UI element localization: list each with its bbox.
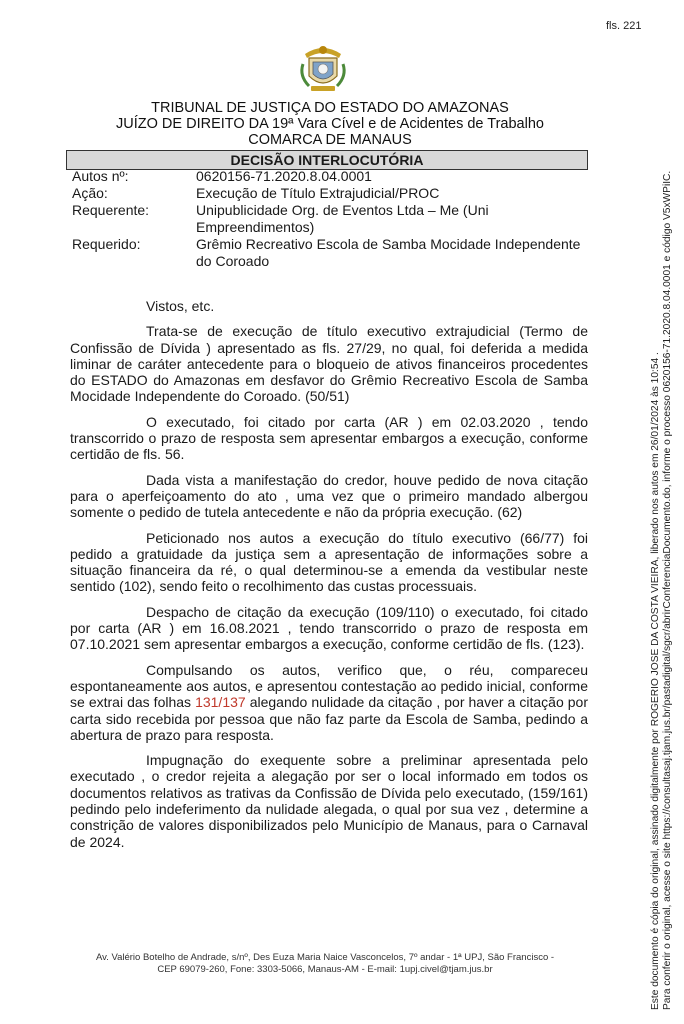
court-name: TRIBUNAL DE JUSTIÇA DO ESTADO DO AMAZONA… (60, 100, 600, 116)
page-number: fls. 221 (606, 20, 641, 32)
digital-signature-note: Este documento é cópia do original, assi… (650, 90, 674, 1010)
meta-value: Unipublicidade Org. de Eventos Ltda – Me… (196, 202, 592, 236)
opening-line: Vistos, etc. (70, 298, 588, 314)
court-district: COMARCA DE MANAUS (60, 132, 600, 148)
highlighted-pages-reference: 131/137 (195, 694, 246, 710)
meta-row-case-number: Autos nº: 0620156-71.2020.8.04.0001 (72, 168, 592, 185)
footer-address: Av. Valério Botelho de Andrade, s/nº, De… (60, 952, 590, 964)
meta-row-plaintiff: Requerente: Unipublicidade Org. de Event… (72, 202, 592, 236)
paragraph-4: Peticionado nos autos a execução do títu… (70, 530, 588, 595)
meta-label: Autos nº: (72, 168, 196, 185)
meta-label: Requerido: (72, 236, 196, 270)
paragraph-1: Trata-se de execução de título executivo… (70, 323, 588, 404)
meta-value: 0620156-71.2020.8.04.0001 (196, 168, 592, 185)
meta-label: Requerente: (72, 202, 196, 236)
meta-row-action: Ação: Execução de Título Extrajudicial/P… (72, 185, 592, 202)
court-header: TRIBUNAL DE JUSTIÇA DO ESTADO DO AMAZONA… (60, 100, 600, 148)
verification-instructions: Para conferir o original, acesse o site … (662, 90, 674, 1010)
paragraph-7: Impugnação do exequente sobre a prelimin… (70, 752, 588, 850)
signature-statement: Este documento é cópia do original, assi… (650, 90, 662, 1010)
paragraph-3: Dada vista a manifestação do credor, hou… (70, 472, 588, 521)
decision-body: Vistos, etc. Trata-se de execução de tít… (70, 298, 588, 859)
meta-row-defendant: Requerido: Grêmio Recreativo Escola de S… (72, 236, 592, 270)
paragraph-5: Despacho de citação da execução (109/110… (70, 604, 588, 653)
meta-label: Ação: (72, 185, 196, 202)
decision-title-box: DECISÃO INTERLOCUTÓRIA (66, 150, 588, 170)
case-metadata: Autos nº: 0620156-71.2020.8.04.0001 Ação… (72, 168, 592, 270)
paragraph-2: O executado, foi citado por carta (AR ) … (70, 414, 588, 463)
meta-value: Grêmio Recreativo Escola de Samba Mocida… (196, 236, 592, 270)
footer-contact: CEP 69079-260, Fone: 3303-5066, Manaus-A… (60, 964, 590, 976)
court-emblem-icon (297, 40, 349, 96)
paragraph-6: Compulsando os autos, verifico que, o ré… (70, 662, 588, 743)
court-division: JUÍZO DE DIREITO DA 19ª Vara Cível e de … (60, 116, 600, 132)
meta-value: Execução de Título Extrajudicial/PROC (196, 185, 592, 202)
court-address-footer: Av. Valério Botelho de Andrade, s/nº, De… (60, 952, 590, 976)
